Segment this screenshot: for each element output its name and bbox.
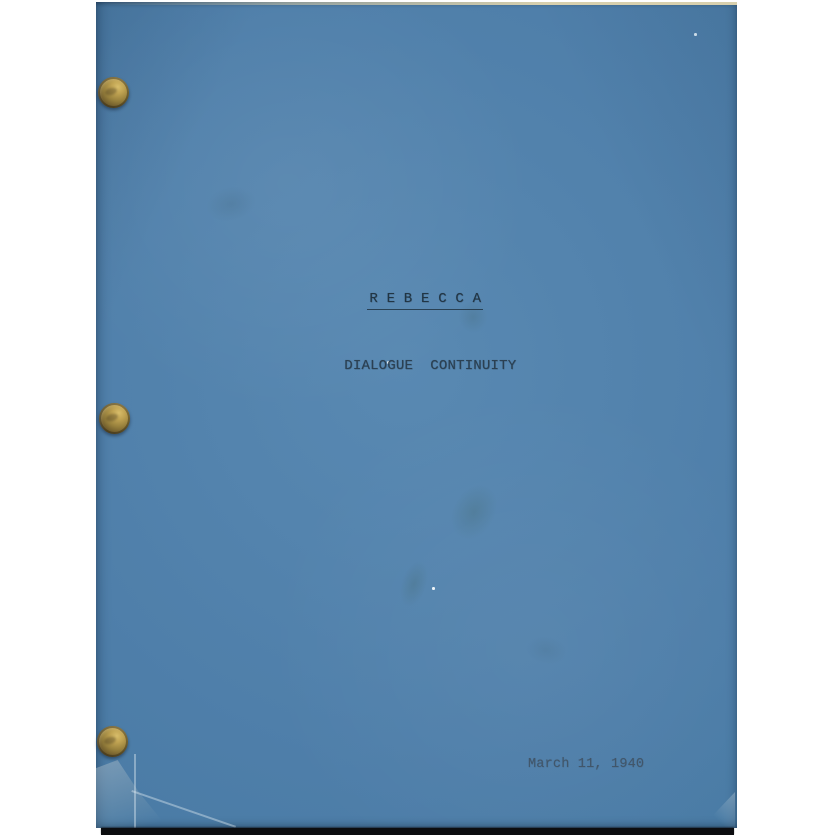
script-title: R E B E C C A [96,275,737,326]
script-cover: R E B E C C A DIALOGUE CONTINUITY March … [96,2,737,835]
script-date: March 11, 1940 [528,757,644,773]
brad-fastener-top [98,77,129,108]
photo-surface: R E B E C C A DIALOGUE CONTINUITY March … [0,0,835,835]
brad-fastener-middle [99,403,130,434]
cover-underside-shadow [101,828,734,835]
script-subtitle-text: DIALOGUE CONTINUITY [344,358,516,374]
brad-fastener-bottom [97,726,128,757]
script-subtitle: DIALOGUE CONTINUITY [96,342,737,390]
script-title-text: R E B E C C A [367,291,483,310]
page-edge-top [100,2,737,5]
cover-front [96,2,737,828]
